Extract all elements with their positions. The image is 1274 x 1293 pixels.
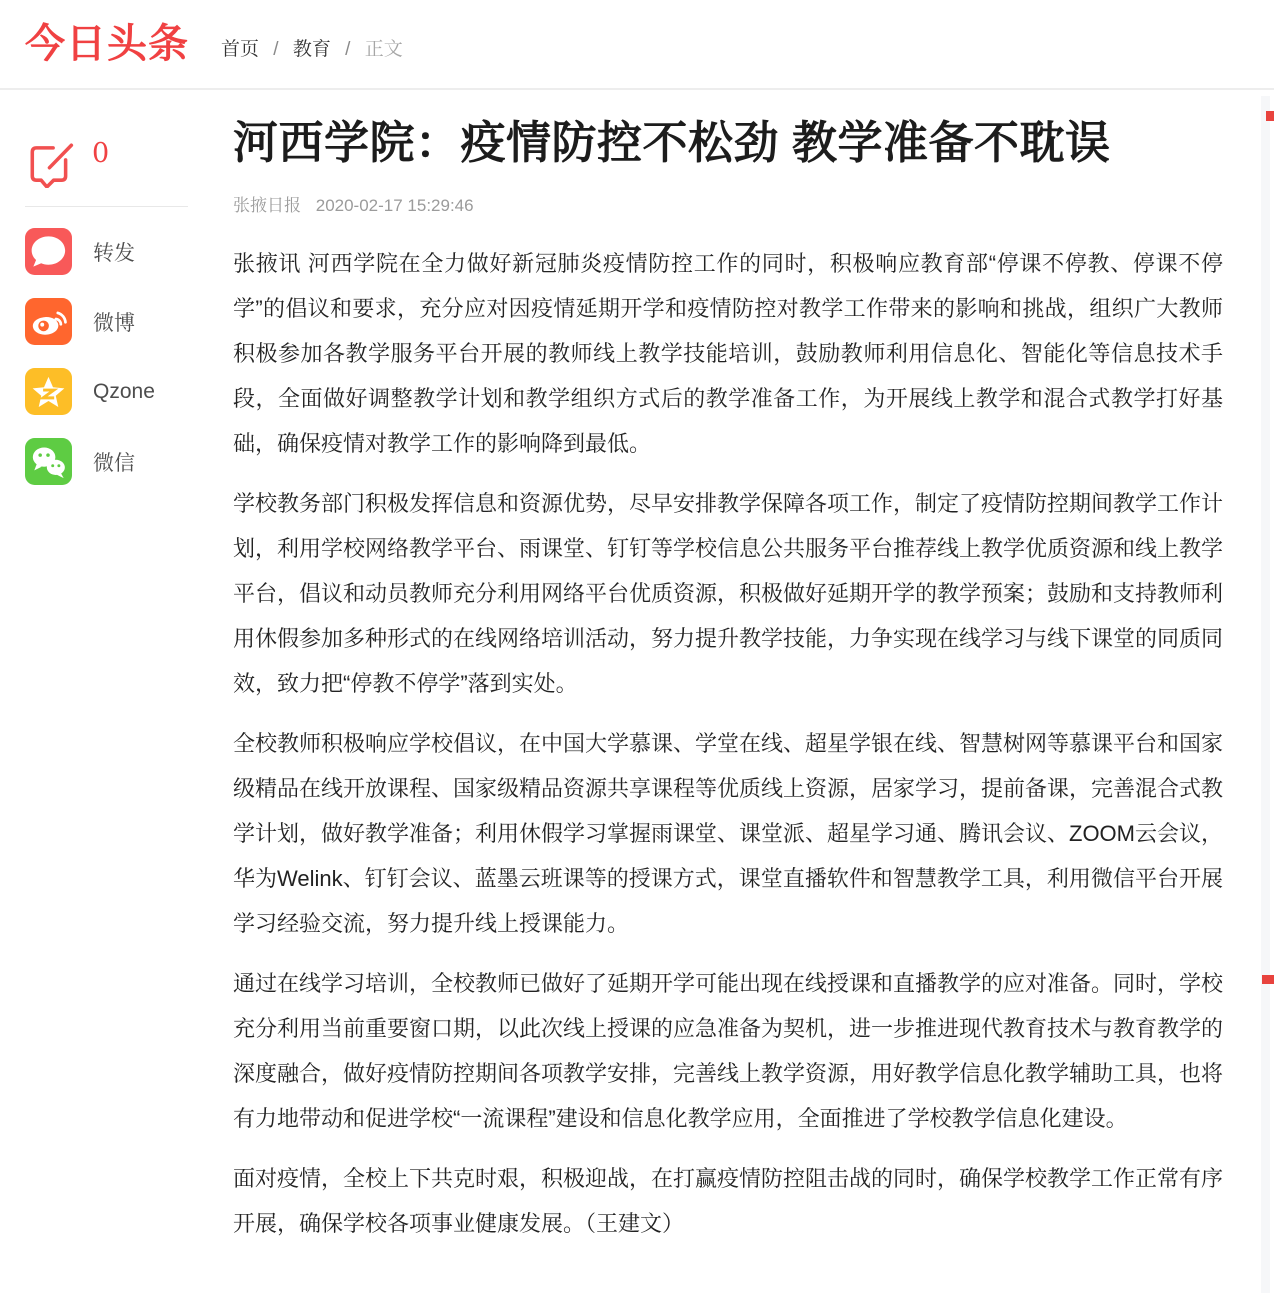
wechat-icon — [25, 438, 72, 485]
sidebar-divider — [25, 206, 188, 207]
right-column-edge — [1261, 96, 1270, 1293]
top-header: 今日头条 首页 / 教育 / 正文 — [0, 0, 1274, 90]
article-meta: 张掖日报 2020-02-17 15:29:46 — [233, 191, 1223, 216]
right-column-red-fragment — [1266, 111, 1274, 121]
article-content: 张掖讯 河西学院在全力做好新冠肺炎疫情防控工作的同时，积极响应教育部“停课不停教… — [233, 241, 1223, 1246]
write-comment-icon[interactable] — [25, 138, 75, 188]
share-weibo-label: 微博 — [93, 307, 135, 337]
weibo-icon — [25, 298, 72, 345]
article-paragraph: 通过在线学习培训，全校教师已做好了延期开学可能出现在线授课和直播教学的应对准备。… — [233, 961, 1223, 1141]
breadcrumb-separator: / — [345, 39, 350, 60]
breadcrumb-education[interactable]: 教育 — [293, 39, 331, 60]
share-forward-label: 转发 — [93, 237, 135, 267]
breadcrumb-separator: / — [273, 39, 278, 60]
qzone-star-icon — [25, 368, 72, 415]
share-weibo-button[interactable]: 微博 — [25, 298, 191, 345]
article-paragraph: 张掖讯 河西学院在全力做好新冠肺炎疫情防控工作的同时，积极响应教育部“停课不停教… — [233, 241, 1223, 466]
share-forward-button[interactable]: 转发 — [25, 228, 191, 275]
share-qzone-button[interactable]: Qzone — [25, 368, 191, 415]
share-qzone-label: Qzone — [93, 380, 155, 404]
article-main: 河西学院：疫情防控不松劲 教学准备不耽误 张掖日报 2020-02-17 15:… — [233, 88, 1223, 1246]
comment-count: 0 — [92, 140, 109, 167]
breadcrumb-home[interactable]: 首页 — [221, 39, 259, 60]
article-paragraph: 学校教务部门积极发挥信息和资源优势，尽早安排教学保障各项工作，制定了疫情防控期间… — [233, 481, 1223, 706]
share-wechat-button[interactable]: 微信 — [25, 438, 191, 485]
breadcrumb-current-article: 正文 — [365, 39, 403, 60]
article-paragraph: 全校教师积极响应学校倡议，在中国大学慕课、学堂在线、超星学银在线、智慧树网等慕课… — [233, 721, 1223, 946]
article-title: 河西学院：疫情防控不松劲 教学准备不耽误 — [233, 116, 1223, 170]
toutiao-logo[interactable]: 今日头条 — [25, 24, 189, 64]
breadcrumb: 首页 / 教育 / 正文 — [221, 34, 403, 61]
right-column-red-fragment — [1262, 975, 1274, 984]
article-source: 张掖日报 — [233, 196, 301, 215]
share-sidebar: 0 转发 微博 Qzone — [25, 138, 191, 508]
article-datetime: 2020-02-17 15:29:46 — [316, 196, 474, 215]
share-wechat-label: 微信 — [93, 447, 135, 477]
comment-row: 0 — [25, 138, 191, 188]
article-paragraph: 面对疫情，全校上下共克时艰，积极迎战，在打赢疫情防控阻击战的同时，确保学校教学工… — [233, 1156, 1223, 1246]
forward-bubble-icon — [25, 228, 72, 275]
